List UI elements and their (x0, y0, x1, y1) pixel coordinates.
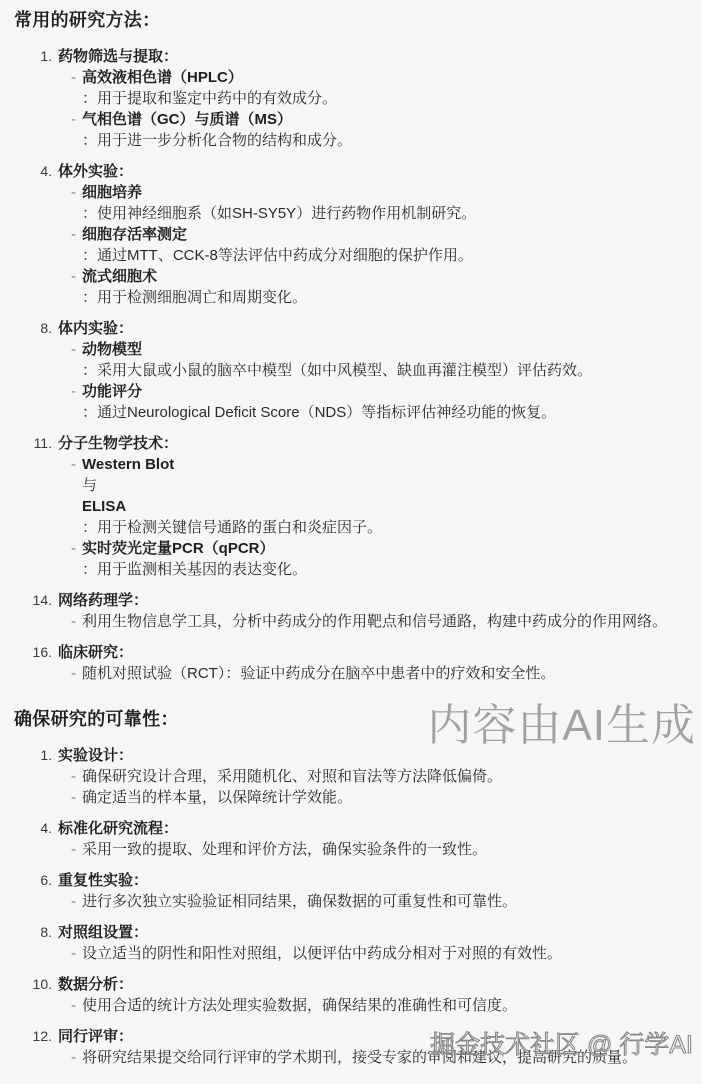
sub-item: -细胞培养：使用神经细胞系（如SH-SY5Y）进行药物作用机制研究。 (58, 182, 688, 224)
item-title: 网络药理学： (58, 590, 688, 611)
list-item: 1.药物筛选与提取：-高效液相色谱（HPLC）：用于提取和鉴定中药中的有效成分。… (14, 46, 688, 151)
text-line: ：用于检测关键信号通路的蛋白和炎症因子。 (82, 517, 688, 538)
sub-list: -随机对照试验（RCT）：验证中药成分在脑卒中患者中的疗效和安全性。 (58, 663, 688, 684)
text-line: 实时荧光定量PCR（qPCR） (82, 538, 688, 559)
dash-marker: - (71, 943, 82, 964)
dash-marker: - (71, 611, 82, 632)
text-line: 功能评分 (82, 381, 688, 402)
item-number: 8. (14, 922, 52, 964)
sub-item-body: 流式细胞术：用于检测细胞凋亡和周期变化。 (82, 266, 688, 308)
list-item: 8.对照组设置：-设立适当的阴性和阳性对照组，以便评估中药成分相对于对照的有效性… (14, 922, 688, 964)
item-body: 对照组设置：-设立适当的阴性和阳性对照组，以便评估中药成分相对于对照的有效性。 (58, 922, 688, 964)
dash-marker: - (71, 67, 82, 109)
item-number: 14. (14, 590, 52, 632)
dash-marker: - (71, 538, 82, 580)
list-item: 16.临床研究：-随机对照试验（RCT）：验证中药成分在脑卒中患者中的疗效和安全… (14, 642, 688, 684)
dash-marker: - (71, 381, 82, 423)
sub-item-body: 确保研究设计合理，采用随机化、对照和盲法等方法降低偏倚。 (82, 766, 688, 787)
item-number: 1. (14, 745, 52, 808)
item-number: 12. (14, 1026, 52, 1068)
item-number: 16. (14, 642, 52, 684)
sub-item-body: 动物模型：采用大鼠或小鼠的脑卒中模型（如中风模型、缺血再灌注模型）评估药效。 (82, 339, 688, 381)
dash-marker: - (71, 766, 82, 787)
item-number: 4. (14, 818, 52, 860)
sub-item: -利用生物信息学工具，分析中药成分的作用靶点和信号通路，构建中药成分的作用网络。 (58, 611, 688, 632)
section-heading: 确保研究的可靠性： (14, 707, 688, 731)
sub-list: -采用一致的提取、处理和评价方法，确保实验条件的一致性。 (58, 839, 688, 860)
sub-item: -动物模型：采用大鼠或小鼠的脑卒中模型（如中风模型、缺血再灌注模型）评估药效。 (58, 339, 688, 381)
sub-item-body: 使用合适的统计方法处理实验数据，确保结果的准确性和可信度。 (82, 995, 688, 1016)
sub-item-body: 利用生物信息学工具，分析中药成分的作用靶点和信号通路，构建中药成分的作用网络。 (82, 611, 688, 632)
sub-item-body: 采用一致的提取、处理和评价方法，确保实验条件的一致性。 (82, 839, 688, 860)
item-body: 分子生物学技术：-Western Blot与ELISA：用于检测关键信号通路的蛋… (58, 433, 688, 580)
list-item: 8.体内实验：-动物模型：采用大鼠或小鼠的脑卒中模型（如中风模型、缺血再灌注模型… (14, 318, 688, 423)
sub-item-body: 确定适当的样本量，以保障统计学效能。 (82, 787, 688, 808)
section: 确保研究的可靠性：1.实验设计：-确保研究设计合理，采用随机化、对照和盲法等方法… (14, 707, 688, 1068)
item-list: 1.药物筛选与提取：-高效液相色谱（HPLC）：用于提取和鉴定中药中的有效成分。… (14, 46, 688, 684)
sub-item-body: 功能评分：通过Neurological Deficit Score（NDS）等指… (82, 381, 688, 423)
sub-list: -进行多次独立实验验证相同结果，确保数据的可重复性和可靠性。 (58, 891, 688, 912)
text-line: 高效液相色谱（HPLC） (82, 67, 688, 88)
item-body: 实验设计：-确保研究设计合理，采用随机化、对照和盲法等方法降低偏倚。-确定适当的… (58, 745, 688, 808)
item-number: 8. (14, 318, 52, 423)
text-line: 随机对照试验（RCT）：验证中药成分在脑卒中患者中的疗效和安全性。 (82, 663, 688, 684)
sub-item-body: Western Blot与ELISA：用于检测关键信号通路的蛋白和炎症因子。 (82, 454, 688, 538)
list-item: 4.体外实验：-细胞培养：使用神经细胞系（如SH-SY5Y）进行药物作用机制研究… (14, 161, 688, 308)
item-body: 体外实验：-细胞培养：使用神经细胞系（如SH-SY5Y）进行药物作用机制研究。-… (58, 161, 688, 308)
item-title: 同行评审： (58, 1026, 688, 1047)
text-line: 利用生物信息学工具，分析中药成分的作用靶点和信号通路，构建中药成分的作用网络。 (82, 611, 688, 632)
text-line: 确保研究设计合理，采用随机化、对照和盲法等方法降低偏倚。 (82, 766, 688, 787)
sub-item: -气相色谱（GC）与质谱（MS）：用于进一步分析化合物的结构和成分。 (58, 109, 688, 151)
text-line: 与 (82, 475, 688, 496)
item-title: 数据分析： (58, 974, 688, 995)
sub-item: -流式细胞术：用于检测细胞凋亡和周期变化。 (58, 266, 688, 308)
item-title: 体外实验： (58, 161, 688, 182)
sub-list: -设立适当的阴性和阳性对照组，以便评估中药成分相对于对照的有效性。 (58, 943, 688, 964)
dash-marker: - (71, 339, 82, 381)
sub-item-body: 将研究结果提交给同行评审的学术期刊，接受专家的审阅和建议，提高研究的质量。 (82, 1047, 688, 1068)
item-body: 同行评审：-将研究结果提交给同行评审的学术期刊，接受专家的审阅和建议，提高研究的… (58, 1026, 688, 1068)
list-item: 12.同行评审：-将研究结果提交给同行评审的学术期刊，接受专家的审阅和建议，提高… (14, 1026, 688, 1068)
sub-item: -进行多次独立实验验证相同结果，确保数据的可重复性和可靠性。 (58, 891, 688, 912)
text-line: ：通过Neurological Deficit Score（NDS）等指标评估神… (82, 402, 688, 423)
text-line: ELISA (82, 496, 688, 517)
item-body: 临床研究：-随机对照试验（RCT）：验证中药成分在脑卒中患者中的疗效和安全性。 (58, 642, 688, 684)
sub-list: -确保研究设计合理，采用随机化、对照和盲法等方法降低偏倚。-确定适当的样本量，以… (58, 766, 688, 808)
dash-marker: - (71, 839, 82, 860)
sub-item-body: 气相色谱（GC）与质谱（MS）：用于进一步分析化合物的结构和成分。 (82, 109, 688, 151)
dash-marker: - (71, 891, 82, 912)
item-title: 药物筛选与提取： (58, 46, 688, 67)
text-line: 气相色谱（GC）与质谱（MS） (82, 109, 688, 130)
text-line: ：用于进一步分析化合物的结构和成分。 (82, 130, 688, 151)
dash-marker: - (71, 663, 82, 684)
list-item: 11.分子生物学技术：-Western Blot与ELISA：用于检测关键信号通… (14, 433, 688, 580)
sub-list: -Western Blot与ELISA：用于检测关键信号通路的蛋白和炎症因子。-… (58, 454, 688, 580)
sub-item-body: 细胞存活率测定：通过MTT、CCK-8等法评估中药成分对细胞的保护作用。 (82, 224, 688, 266)
dash-marker: - (71, 1047, 82, 1068)
item-number: 11. (14, 433, 52, 580)
item-number: 6. (14, 870, 52, 912)
item-number: 10. (14, 974, 52, 1016)
text-line: 流式细胞术 (82, 266, 688, 287)
list-item: 1.实验设计：-确保研究设计合理，采用随机化、对照和盲法等方法降低偏倚。-确定适… (14, 745, 688, 808)
item-title: 对照组设置： (58, 922, 688, 943)
text-line: 采用一致的提取、处理和评价方法，确保实验条件的一致性。 (82, 839, 688, 860)
dash-marker: - (71, 454, 82, 538)
dash-marker: - (71, 266, 82, 308)
text-line: 进行多次独立实验验证相同结果，确保数据的可重复性和可靠性。 (82, 891, 688, 912)
sub-list: -利用生物信息学工具，分析中药成分的作用靶点和信号通路，构建中药成分的作用网络。 (58, 611, 688, 632)
sub-item: -使用合适的统计方法处理实验数据，确保结果的准确性和可信度。 (58, 995, 688, 1016)
item-number: 1. (14, 46, 52, 151)
sub-item-body: 进行多次独立实验验证相同结果，确保数据的可重复性和可靠性。 (82, 891, 688, 912)
item-body: 重复性实验：-进行多次独立实验验证相同结果，确保数据的可重复性和可靠性。 (58, 870, 688, 912)
sub-list: -高效液相色谱（HPLC）：用于提取和鉴定中药中的有效成分。-气相色谱（GC）与… (58, 67, 688, 151)
sub-item: -实时荧光定量PCR（qPCR）：用于监测相关基因的表达变化。 (58, 538, 688, 580)
sub-item-body: 高效液相色谱（HPLC）：用于提取和鉴定中药中的有效成分。 (82, 67, 688, 109)
text-line: ：通过MTT、CCK-8等法评估中药成分对细胞的保护作用。 (82, 245, 688, 266)
dash-marker: - (71, 224, 82, 266)
dash-marker: - (71, 109, 82, 151)
sub-item: -采用一致的提取、处理和评价方法，确保实验条件的一致性。 (58, 839, 688, 860)
sub-item: -确定适当的样本量，以保障统计学效能。 (58, 787, 688, 808)
item-title: 标准化研究流程： (58, 818, 688, 839)
text-line: 确定适当的样本量，以保障统计学效能。 (82, 787, 688, 808)
text-line: 细胞培养 (82, 182, 688, 203)
dash-marker: - (71, 182, 82, 224)
sub-list: -动物模型：采用大鼠或小鼠的脑卒中模型（如中风模型、缺血再灌注模型）评估药效。-… (58, 339, 688, 423)
sub-item: -功能评分：通过Neurological Deficit Score（NDS）等… (58, 381, 688, 423)
list-item: 6.重复性实验：-进行多次独立实验验证相同结果，确保数据的可重复性和可靠性。 (14, 870, 688, 912)
item-body: 标准化研究流程：-采用一致的提取、处理和评价方法，确保实验条件的一致性。 (58, 818, 688, 860)
item-title: 重复性实验： (58, 870, 688, 891)
text-line: ：采用大鼠或小鼠的脑卒中模型（如中风模型、缺血再灌注模型）评估药效。 (82, 360, 688, 381)
item-body: 数据分析：-使用合适的统计方法处理实验数据，确保结果的准确性和可信度。 (58, 974, 688, 1016)
text-line: Western Blot (82, 454, 688, 475)
text-line: ：用于提取和鉴定中药中的有效成分。 (82, 88, 688, 109)
sub-item-body: 细胞培养：使用神经细胞系（如SH-SY5Y）进行药物作用机制研究。 (82, 182, 688, 224)
sub-list: -使用合适的统计方法处理实验数据，确保结果的准确性和可信度。 (58, 995, 688, 1016)
section: 常用的研究方法：1.药物筛选与提取：-高效液相色谱（HPLC）：用于提取和鉴定中… (14, 8, 688, 684)
document-content: 常用的研究方法：1.药物筛选与提取：-高效液相色谱（HPLC）：用于提取和鉴定中… (14, 8, 688, 1068)
sub-list: -细胞培养：使用神经细胞系（如SH-SY5Y）进行药物作用机制研究。-细胞存活率… (58, 182, 688, 308)
sub-item: -Western Blot与ELISA：用于检测关键信号通路的蛋白和炎症因子。 (58, 454, 688, 538)
item-body: 药物筛选与提取：-高效液相色谱（HPLC）：用于提取和鉴定中药中的有效成分。-气… (58, 46, 688, 151)
sub-item-body: 设立适当的阴性和阳性对照组，以便评估中药成分相对于对照的有效性。 (82, 943, 688, 964)
text-line: 设立适当的阴性和阳性对照组，以便评估中药成分相对于对照的有效性。 (82, 943, 688, 964)
sub-item: -细胞存活率测定：通过MTT、CCK-8等法评估中药成分对细胞的保护作用。 (58, 224, 688, 266)
text-line: ：使用神经细胞系（如SH-SY5Y）进行药物作用机制研究。 (82, 203, 688, 224)
item-body: 体内实验：-动物模型：采用大鼠或小鼠的脑卒中模型（如中风模型、缺血再灌注模型）评… (58, 318, 688, 423)
sub-list: -将研究结果提交给同行评审的学术期刊，接受专家的审阅和建议，提高研究的质量。 (58, 1047, 688, 1068)
list-item: 10.数据分析：-使用合适的统计方法处理实验数据，确保结果的准确性和可信度。 (14, 974, 688, 1016)
sub-item: -设立适当的阴性和阳性对照组，以便评估中药成分相对于对照的有效性。 (58, 943, 688, 964)
sub-item-body: 随机对照试验（RCT）：验证中药成分在脑卒中患者中的疗效和安全性。 (82, 663, 688, 684)
text-line: 使用合适的统计方法处理实验数据，确保结果的准确性和可信度。 (82, 995, 688, 1016)
text-line: 细胞存活率测定 (82, 224, 688, 245)
section-heading: 常用的研究方法： (14, 8, 688, 32)
item-title: 体内实验： (58, 318, 688, 339)
dash-marker: - (71, 995, 82, 1016)
sub-item: -将研究结果提交给同行评审的学术期刊，接受专家的审阅和建议，提高研究的质量。 (58, 1047, 688, 1068)
text-line: 动物模型 (82, 339, 688, 360)
item-number: 4. (14, 161, 52, 308)
sub-item-body: 实时荧光定量PCR（qPCR）：用于监测相关基因的表达变化。 (82, 538, 688, 580)
document-page: 常用的研究方法：1.药物筛选与提取：-高效液相色谱（HPLC）：用于提取和鉴定中… (0, 0, 702, 1084)
text-line: 将研究结果提交给同行评审的学术期刊，接受专家的审阅和建议，提高研究的质量。 (82, 1047, 688, 1068)
item-list: 1.实验设计：-确保研究设计合理，采用随机化、对照和盲法等方法降低偏倚。-确定适… (14, 745, 688, 1068)
item-title: 临床研究： (58, 642, 688, 663)
text-line: ：用于监测相关基因的表达变化。 (82, 559, 688, 580)
sub-item: -高效液相色谱（HPLC）：用于提取和鉴定中药中的有效成分。 (58, 67, 688, 109)
item-title: 实验设计： (58, 745, 688, 766)
list-item: 4.标准化研究流程：-采用一致的提取、处理和评价方法，确保实验条件的一致性。 (14, 818, 688, 860)
sub-item: -确保研究设计合理，采用随机化、对照和盲法等方法降低偏倚。 (58, 766, 688, 787)
list-item: 14.网络药理学：-利用生物信息学工具，分析中药成分的作用靶点和信号通路，构建中… (14, 590, 688, 632)
item-title: 分子生物学技术： (58, 433, 688, 454)
sub-item: -随机对照试验（RCT）：验证中药成分在脑卒中患者中的疗效和安全性。 (58, 663, 688, 684)
item-body: 网络药理学：-利用生物信息学工具，分析中药成分的作用靶点和信号通路，构建中药成分… (58, 590, 688, 632)
dash-marker: - (71, 787, 82, 808)
text-line: ：用于检测细胞凋亡和周期变化。 (82, 287, 688, 308)
